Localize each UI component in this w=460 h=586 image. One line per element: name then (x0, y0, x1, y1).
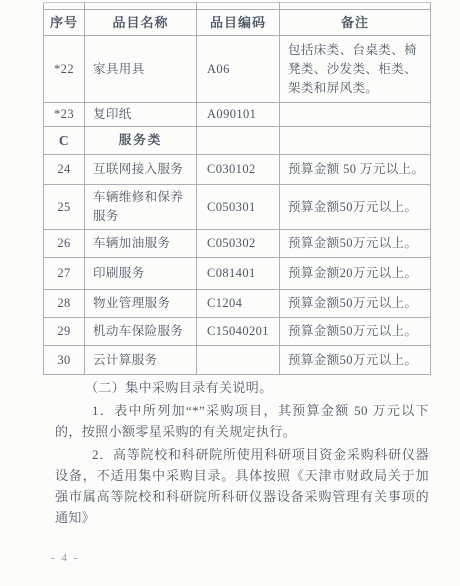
page-number: - 4 - (51, 552, 79, 564)
cell-item-name: 印刷服务 (85, 258, 197, 290)
cell-remark: 预算金额20万元以上。 (280, 258, 431, 290)
procurement-catalog-table: 序号 品目名称 品目编码 备注 *22 家具用具 A06 包括床类、台桌类、椅凳… (43, 2, 431, 375)
document-page: 序号 品目名称 品目编码 备注 *22 家具用具 A06 包括床类、台桌类、椅凳… (0, 0, 460, 586)
cell-remark (280, 103, 431, 127)
cell-remark: 预算金额50万元以上。 (280, 230, 431, 258)
cell-item-code: C050301 (197, 185, 280, 230)
cell-serial: *22 (44, 36, 85, 103)
table-row: *22 家具用具 A06 包括床类、台桌类、椅凳类、沙发类、柜类、架类和屏风类。 (44, 36, 431, 103)
table-row-category-services: C 服务类 (44, 127, 431, 155)
table-row-cutoff (44, 3, 431, 10)
cell-item-code: A06 (197, 36, 280, 103)
cell-item-code (197, 346, 280, 375)
cell-serial: C (44, 127, 85, 155)
cell-serial: 27 (44, 258, 85, 290)
table-row: 30 云计算服务 预算金额50万元以上。 (44, 346, 431, 375)
table-row: 26 车辆加油服务 C050302 预算金额50万元以上。 (44, 230, 431, 258)
cell-item-name: 车辆加油服务 (85, 230, 197, 258)
cell-item-code: C050302 (197, 230, 280, 258)
cell-item-name: 服务类 (85, 127, 197, 155)
cell-serial: 25 (44, 185, 85, 230)
cell-serial: *23 (44, 103, 85, 127)
cell-remark: 预算金额50万元以上。 (280, 290, 431, 318)
cell-serial: 24 (44, 155, 85, 185)
cell-serial: 28 (44, 290, 85, 318)
table-row: 29 机动车保险服务 C15040201 预算金额50万元以上。 (44, 318, 431, 346)
table-cell (197, 3, 280, 10)
cell-item-name: 家具用具 (85, 36, 197, 103)
cell-item-name: 机动车保险服务 (85, 318, 197, 346)
notes-heading: （二）集中采购目录有关说明。 (55, 377, 429, 398)
cell-remark: 预算金额50万元以上。 (280, 346, 431, 375)
note-paragraph-1: 1．表中所列加“*”采购项目，其预算金额 50 万元以下的，按照小额零星采购的有… (55, 400, 429, 442)
column-header-serial: 序号 (44, 10, 85, 36)
cell-remark: 预算金额50万元以上。 (280, 318, 431, 346)
column-header-item-code: 品目编码 (197, 10, 280, 36)
cell-item-code: C081401 (197, 258, 280, 290)
cell-remark: 包括床类、台桌类、椅凳类、沙发类、柜类、架类和屏风类。 (280, 36, 431, 103)
note-paragraph-2: 2．高等院校和科研院所使用科研项目资金采购科研仪器设备，不适用集中采购目录。具体… (55, 444, 429, 528)
table-row: 27 印刷服务 C081401 预算金额20万元以上。 (44, 258, 431, 290)
cell-serial: 30 (44, 346, 85, 375)
cell-remark: 预算金额 50 万元以上。 (280, 155, 431, 185)
notes-section: （二）集中采购目录有关说明。 1．表中所列加“*”采购项目，其预算金额 50 万… (55, 377, 429, 530)
cell-item-name: 车辆维修和保养服务 (85, 185, 197, 230)
table-row: 25 车辆维修和保养服务 C050301 预算金额50万元以上。 (44, 185, 431, 230)
table-header-row: 序号 品目名称 品目编码 备注 (44, 10, 431, 36)
cell-item-code: C1204 (197, 290, 280, 318)
cell-item-code: C15040201 (197, 318, 280, 346)
column-header-remark: 备注 (280, 10, 431, 36)
cell-remark (280, 127, 431, 155)
cell-serial: 26 (44, 230, 85, 258)
table-row: *23 复印纸 A090101 (44, 103, 431, 127)
cell-item-code: C030102 (197, 155, 280, 185)
cell-item-name: 物业管理服务 (85, 290, 197, 318)
table-row: 28 物业管理服务 C1204 预算金额50万元以上。 (44, 290, 431, 318)
cell-item-name: 互联网接入服务 (85, 155, 197, 185)
cell-item-name: 云计算服务 (85, 346, 197, 375)
column-header-item-name: 品目名称 (85, 10, 197, 36)
cell-item-code: A090101 (197, 103, 280, 127)
cell-remark: 预算金额50万元以上。 (280, 185, 431, 230)
cell-serial: 29 (44, 318, 85, 346)
table-row: 24 互联网接入服务 C030102 预算金额 50 万元以上。 (44, 155, 431, 185)
table-cell (280, 3, 431, 10)
table-cell (44, 3, 85, 10)
cell-item-code (197, 127, 280, 155)
table-cell (85, 3, 197, 10)
cell-item-name: 复印纸 (85, 103, 197, 127)
